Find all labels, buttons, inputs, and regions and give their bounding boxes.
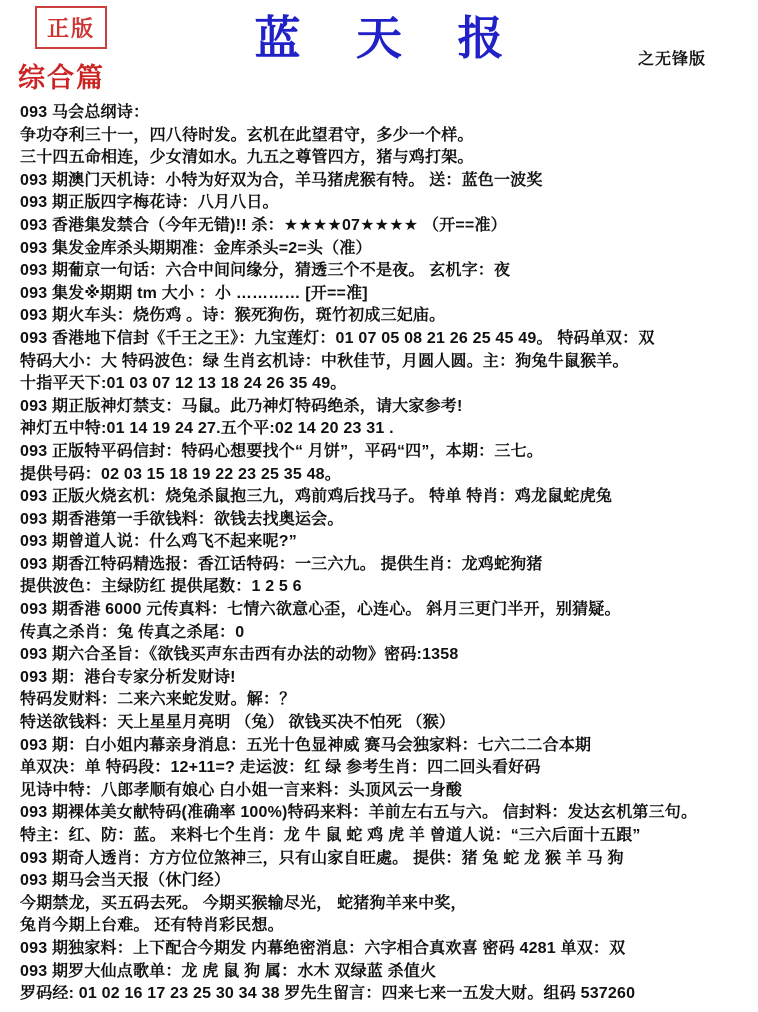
report-line: 三十四五命相连，少女清如水。九五之尊管四方，猪与鸡打架。 xyxy=(20,147,750,170)
report-page: 正版 蓝 天 报 之无锋版 综合篇 093 马会总纲诗：争功夺利三十一，四八待时… xyxy=(0,0,758,1012)
section-title: 综合篇 xyxy=(18,56,105,95)
report-line: 093 期六合圣旨：《欲钱买声东击西有办法的动物》密码:1358 xyxy=(20,644,750,667)
report-lines: 093 马会总纲诗：争功夺利三十一，四八待时发。玄机在此望君守，多少一个样。三十… xyxy=(20,102,750,1006)
report-line: 特码发财料：二来六来蛇发财。解：？ xyxy=(20,689,750,712)
report-line: 093 集发金库杀头期期准：金库杀头=2=头（准） xyxy=(20,238,750,261)
report-line: 093 期曾道人说：什么鸡飞不起来呢?” xyxy=(20,531,750,554)
report-line: 093 正版火烧玄机：烧兔杀鼠抱三九，鸡前鸡后找马子。 特单 特肖：鸡龙鼠蛇虎兔 xyxy=(20,486,750,509)
report-line: 争功夺利三十一，四八待时发。玄机在此望君守，多少一个样。 xyxy=(20,125,750,148)
report-line: 特主：红、防：蓝。 来料七个生肖：龙 牛 鼠 蛇 鸡 虎 羊 曾道人说：“三六后… xyxy=(20,825,750,848)
report-line: 093 期香港 6000 元传真料：七情六欲意心歪，心连心。 斜月三更门半开，别… xyxy=(20,599,750,622)
report-line: 神灯五中特:01 14 19 24 27.五个平:02 14 20 23 31 … xyxy=(20,418,750,441)
report-line: 093 期马会当天报（休门经） xyxy=(20,870,750,893)
report-line: 093 期香江特码精选报：香江话特码：一三六九。 提供生肖：龙鸡蛇狗猪 xyxy=(20,554,750,577)
report-line: 093 期：港台专家分析发财诗! xyxy=(20,667,750,690)
report-line: 093 期澳门天机诗：小特为好双为合，羊马猪虎猴有特。 送：蓝色一波奖 xyxy=(20,170,750,193)
report-line: 093 期裸体美女献特码(准确率 100%)特码来料：羊前左右五与六。 信封料：… xyxy=(20,802,750,825)
report-line: 传真之杀肖：兔 传真之杀尾：0 xyxy=(20,622,750,645)
report-line: 093 期正版四字梅花诗：八月八日。 xyxy=(20,192,750,215)
report-line: 093 期独家料：上下配合今期发 内幕绝密消息：六字相合真欢喜 密码 4281 … xyxy=(20,938,750,961)
report-line: 093 期葡京一句话：六合中间问缘分，猜透三个不是夜。 玄机字：夜 xyxy=(20,260,750,283)
report-line: 093 正版特平码信封：特码心想要找个“ 月饼”，平码“四”，本期：三七。 xyxy=(20,441,750,464)
report-line: 今期禁龙，买五码去死。 今期买猴输尽光， 蛇猪狗羊来中奖， xyxy=(20,893,750,916)
report-line: 093 期香港第一手欲钱料：欲钱去找奥运会。 xyxy=(20,509,750,532)
report-line: 特送欲钱料：天上星星月亮明 （兔） 欲钱买决不怕死 （猴） xyxy=(20,712,750,735)
report-line: 093 集发※期期 tm 大小 ：小 ………… [开==准] xyxy=(20,283,750,306)
report-line: 见诗中特：八郎孝顺有娘心 白小姐一言来料：头顶风云一身酸 xyxy=(20,780,750,803)
report-line: 兔肖今期上台难。 还有特肖彩民想。 xyxy=(20,915,750,938)
report-line: 特码大小：大 特码波色：绿 生肖玄机诗：中秋佳节，月圆人圆。主：狗兔牛鼠猴羊。 xyxy=(20,351,750,374)
report-line: 提供波色：主绿防红 提供尾数：1 2 5 6 xyxy=(20,576,750,599)
report-line: 093 期正版神灯禁支：马鼠。此乃神灯特码绝杀，请大家参考! xyxy=(20,396,750,419)
report-line: 罗码经: 01 02 16 17 23 25 30 34 38 罗先生留言：四来… xyxy=(20,983,750,1006)
report-line: 093 马会总纲诗： xyxy=(20,102,750,125)
report-line: 提供号码：02 03 15 18 19 22 23 25 35 48。 xyxy=(20,464,750,487)
report-line: 093 期火车头：烧伤鸡 。诗：猴死狗伤，斑竹初成三妃庙。 xyxy=(20,305,750,328)
report-line: 093 期：白小姐内幕亲身消息：五光十色显神威 赛马会独家料：七六二二合本期 xyxy=(20,735,750,758)
report-line: 093 期奇人透肖：方方位位煞神三，只有山家自旺處。 提供：猪 兔 蛇 龙 猴 … xyxy=(20,848,750,871)
report-line: 093 期罗大仙点歌单：龙 虎 鼠 狗 属：水木 双绿蓝 杀值火 xyxy=(20,961,750,984)
report-line: 十指平天下:01 03 07 12 13 18 24 26 35 49。 xyxy=(20,373,750,396)
report-line: 093 香港集发禁合（今年无错)!! 杀：★★★★07★★★★ （开==准） xyxy=(20,215,750,238)
report-line: 单双决：单 特码段：12+11=? 走运波：红 绿 参考生肖：四二回头看好码 xyxy=(20,757,750,780)
edition-label: 之无锋版 xyxy=(638,46,706,69)
report-line: 093 香港地下信封《千王之王》：九宝莲灯：01 07 05 08 21 26 … xyxy=(20,328,750,351)
